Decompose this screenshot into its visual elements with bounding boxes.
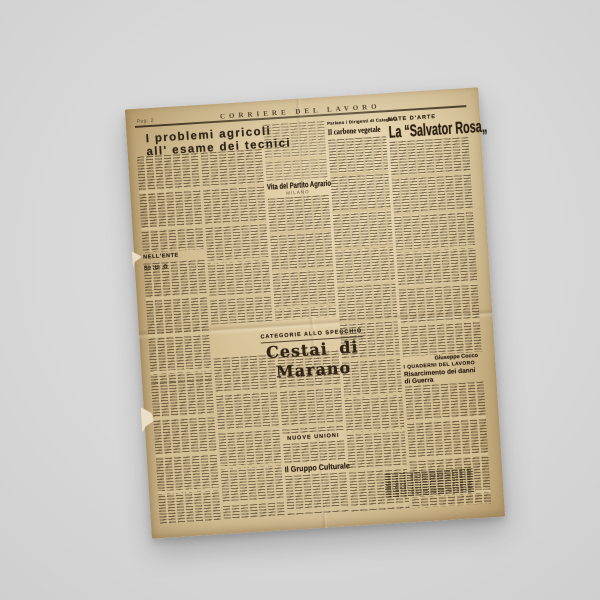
torn-edge-upper — [132, 251, 143, 269]
body-text-block — [137, 153, 204, 253]
body-text-block — [201, 149, 273, 324]
body-text-block — [268, 194, 337, 320]
body-text-block — [151, 379, 221, 524]
body-text-block — [389, 137, 481, 357]
body-text-block — [285, 472, 348, 516]
page-number: Pag. 2 — [136, 118, 154, 125]
newspaper-page: Pag. 2 CORRIERE DEL LAVORO NELL'ENTE SIC… — [125, 87, 505, 538]
page-content: Pag. 2 CORRIERE DEL LAVORO NELL'ENTE SIC… — [134, 94, 491, 526]
article-cestai-di-marano: CATEGORIE ALLO SPECCHIO Cestai di Marano — [226, 317, 399, 386]
body-text-block — [144, 259, 212, 383]
photo-background: Pag. 2 CORRIERE DEL LAVORO NELL'ENTE SIC… — [0, 0, 600, 600]
headline-salvator-rosa: La “Salvator Rosa„ — [388, 120, 452, 146]
column-grid: NELL'ENTE SICULO Vita del Partito Agrari… — [135, 112, 491, 524]
